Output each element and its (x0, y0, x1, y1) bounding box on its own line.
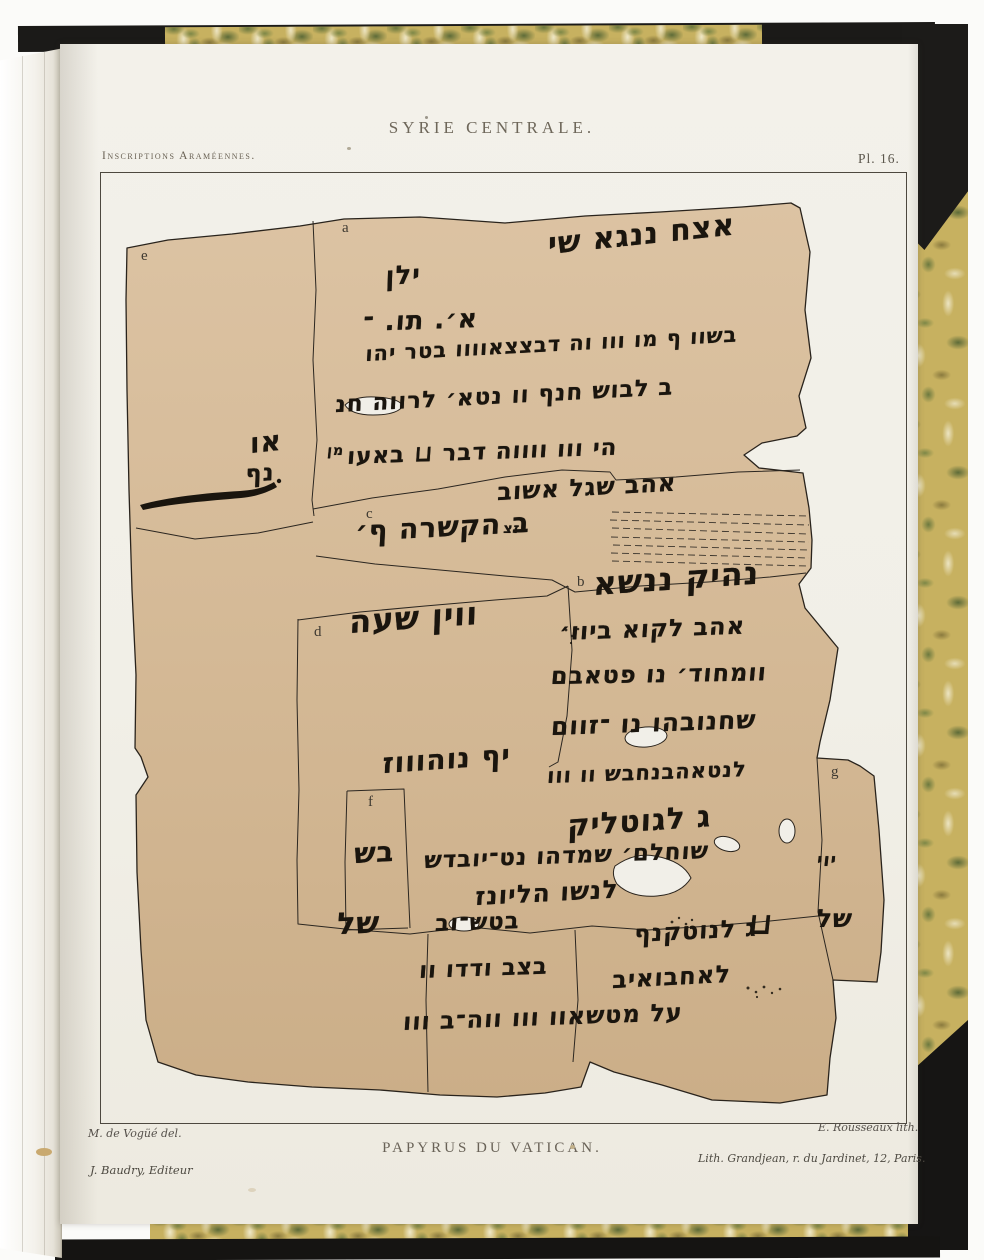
foxing-spot (248, 1188, 256, 1192)
papyrus-figure (0, 0, 984, 1260)
plate-number: Pl. 16. (858, 151, 900, 167)
printer-credit: Lith. Grandjean, r. du Jardinet, 12, Par… (698, 1152, 925, 1165)
delineator-credit: M. de Vogüé del. (88, 1127, 182, 1140)
foxing-spot (347, 147, 351, 150)
photograph-of-book-plate: SYRIE CENTRALE. Inscriptions Araméennes.… (0, 0, 984, 1260)
papyrus-silhouette (126, 203, 884, 1103)
series-title: SYRIE CENTRALE. (0, 118, 984, 138)
foxing-spot (425, 116, 428, 119)
foxing-spot (36, 1148, 52, 1156)
foxing-spot (570, 1145, 575, 1149)
publisher-credit: J. Baudry, Editeur (90, 1163, 193, 1177)
section-label: Inscriptions Araméennes. (102, 150, 256, 162)
lithographer-credit: E. Rousseaux lith. (818, 1121, 918, 1134)
